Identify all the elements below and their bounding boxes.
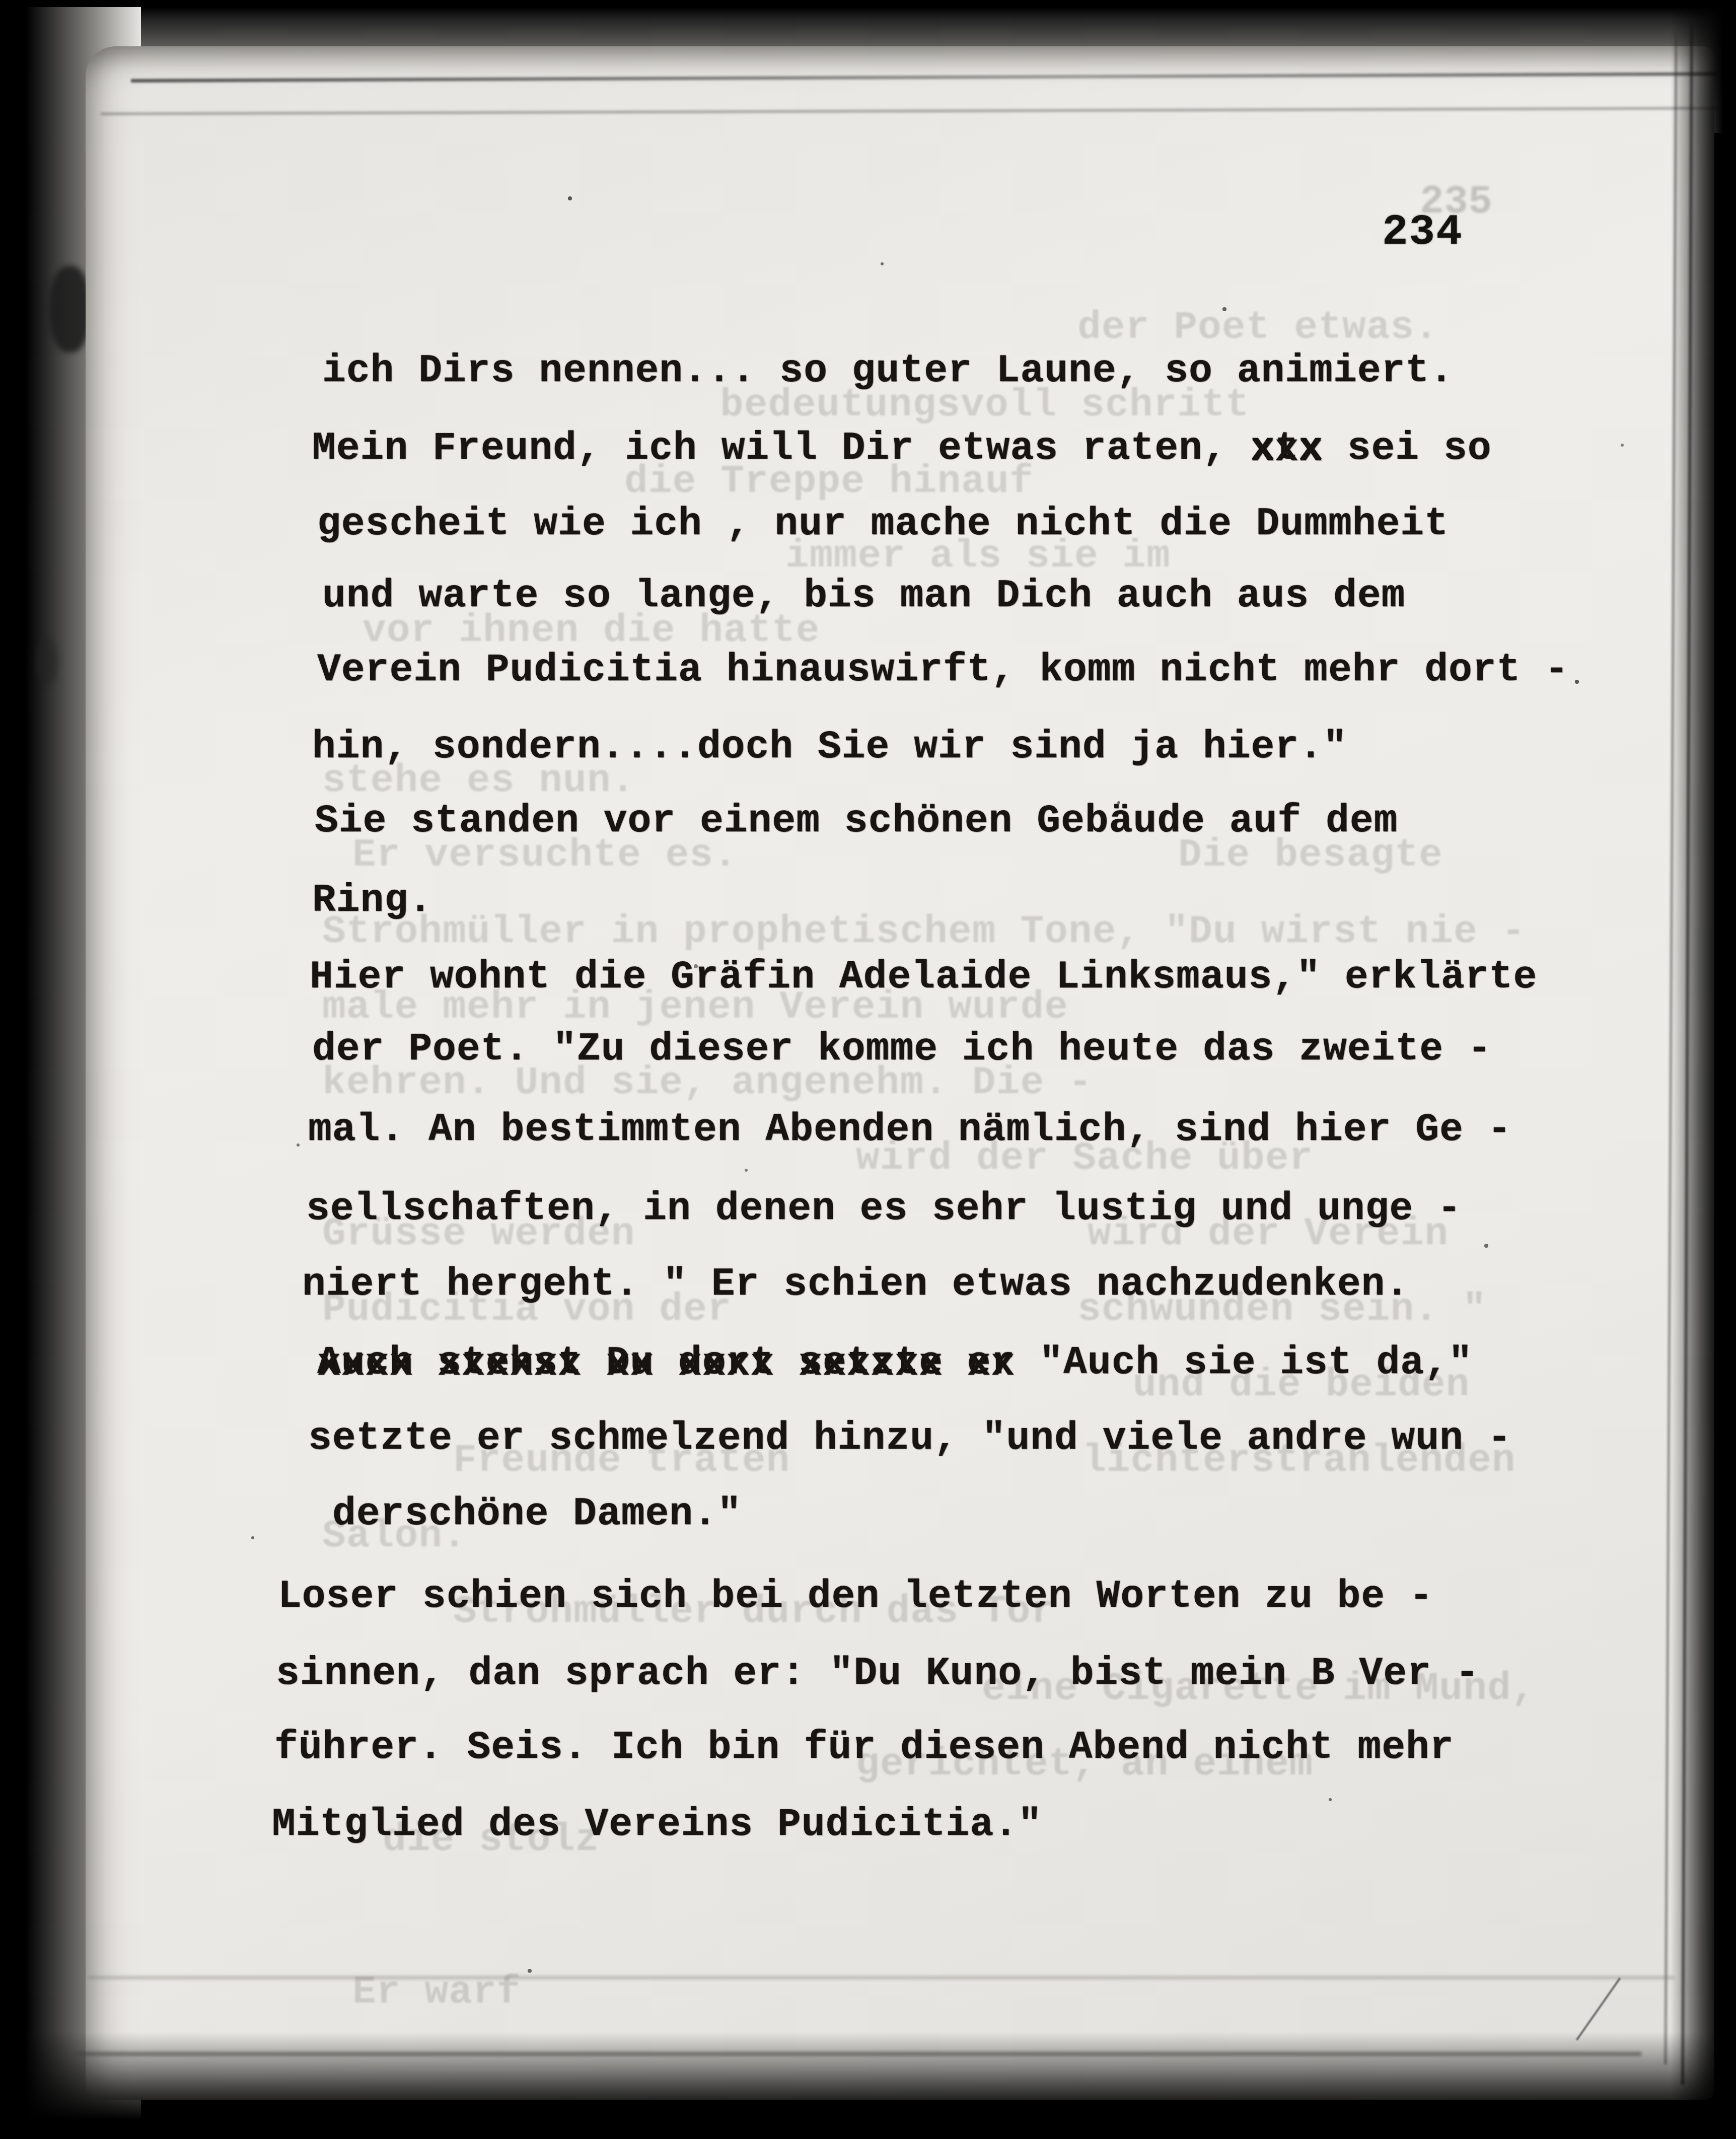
ghost-text-line: Strohmüller in prophetischem Tone, "Du w… — [322, 912, 1526, 952]
text-segment: niert hergeht. " Er schien etwas nachzud… — [302, 1262, 1409, 1307]
text-segment: Ring. — [312, 879, 432, 923]
text-segment: setzte er schmelzend hinzu, "und viele a… — [308, 1416, 1511, 1461]
text-line: gescheit wie ich , nur mache nicht die D… — [317, 505, 1449, 544]
text-line: sellschaften, in denen es sehr lustig un… — [306, 1189, 1462, 1229]
overstruck-text: xtx — [1251, 429, 1323, 468]
text-line: niert hergeht. " Er schien etwas nachzud… — [302, 1265, 1409, 1304]
scan-background: der Poet etwas.bedeutungsvoll schrittdie… — [0, 0, 1736, 2139]
text-line: der Poet. "Zu dieser komme ich heute das… — [312, 1030, 1492, 1069]
text-segment: der Poet. "Zu dieser komme ich heute das… — [312, 1027, 1492, 1072]
text-segment: Mein Freund, ich will Dir etwas raten, — [312, 426, 1251, 471]
text-line: führer. Seis. Ich bin für diesen Abend n… — [274, 1728, 1454, 1767]
text-line: setzte er schmelzend hinzu, "und viele a… — [308, 1419, 1511, 1458]
ink-speckles — [86, 46, 88, 48]
text-line: hin, sondern....doch Sie wir sind ja hie… — [312, 728, 1347, 767]
text-line: derschöne Damen." — [332, 1494, 742, 1534]
text-segment: ich Dirs nennen... so guter Laune, so an… — [322, 349, 1454, 393]
text-line: Auch stehst Du dort setzte er "Auch sie … — [317, 1343, 1473, 1383]
text-segment: sellschaften, in denen es sehr lustig un… — [306, 1187, 1462, 1231]
text-segment: sei so — [1323, 426, 1492, 471]
text-segment: führer. Seis. Ich bin für diesen Abend n… — [274, 1726, 1454, 1770]
text-line: ich Dirs nennen... so guter Laune, so an… — [322, 351, 1454, 391]
text-segment: Mitglied des Vereins Pudicitia." — [272, 1803, 1042, 1847]
text-segment: gescheit wie ich , nur mache nicht die D… — [317, 502, 1449, 546]
overstruck-text: Auch stehst Du dort setzte er — [317, 1343, 1015, 1383]
page-number: 234 — [1382, 210, 1463, 254]
text-segment: und warte so lange, bis man Dich auch au… — [322, 574, 1405, 618]
text-line: Sie standen vor einem schönen Gebäude au… — [315, 802, 1398, 841]
text-segment: Sie standen vor einem schönen Gebäude au… — [315, 799, 1398, 843]
text-segment: sinnen, dan sprach er: "Du Kuno, bist me… — [276, 1652, 1479, 1696]
text-segment: hin, sondern....doch Sie wir sind ja hie… — [312, 725, 1347, 769]
text-segment: derschöne Damen." — [332, 1492, 742, 1536]
text-line: mal. An bestimmten Abenden nämlich, sind… — [308, 1110, 1511, 1150]
text-line: Verein Pudicitia hinauswirft, komm nicht… — [317, 651, 1569, 690]
text-line: und warte so lange, bis man Dich auch au… — [322, 577, 1405, 616]
text-segment: "Auch sie ist da," — [1015, 1341, 1472, 1385]
text-segment: Loser schien sich bei den letzten Worten… — [278, 1575, 1433, 1619]
text-line: Loser schien sich bei den letzten Worten… — [278, 1577, 1433, 1616]
text-line: Mein Freund, ich will Dir etwas raten, x… — [312, 429, 1492, 468]
text-segment: Hier wohnt die Gräfin Adelaide Linksmaus… — [310, 955, 1537, 1000]
text-segment: mal. An bestimmten Abenden nämlich, sind… — [308, 1108, 1511, 1152]
ghost-text-line: der Poet etwas. — [1077, 308, 1438, 347]
text-line: Mitglied des Vereins Pudicitia." — [272, 1805, 1042, 1844]
ghost-text-line: Er warf — [352, 1973, 521, 2012]
text-line: Ring. — [312, 881, 432, 920]
text-line: Hier wohnt die Gräfin Adelaide Linksmaus… — [310, 958, 1537, 997]
text-line: sinnen, dan sprach er: "Du Kuno, bist me… — [276, 1654, 1479, 1693]
text-segment: Verein Pudicitia hinauswirft, komm nicht… — [317, 648, 1569, 692]
